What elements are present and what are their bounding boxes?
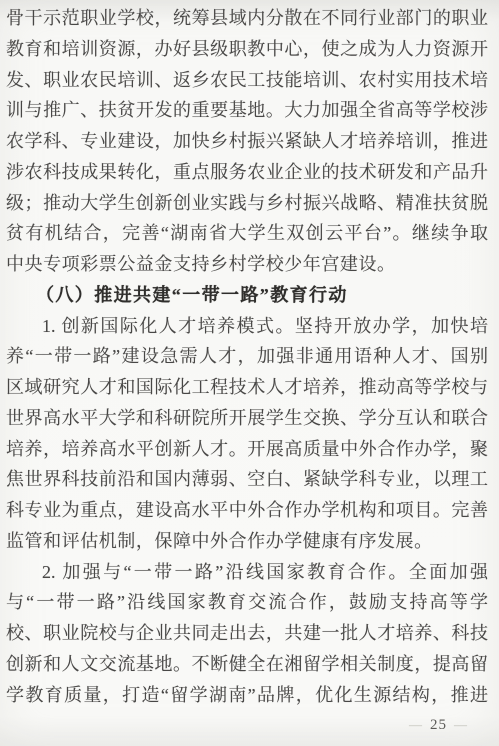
- page-footer: —25—: [402, 714, 475, 736]
- text-line: 训与推广、扶贫开发的重要基地。大力加强全省高等学校涉: [6, 95, 488, 126]
- text-line: 发、职业农民培训、返乡农民工技能培训、农村实用技术培: [6, 65, 488, 96]
- text-line: 教育和培训资源，办好县级职教中心，使之成为人力资源开: [6, 34, 488, 65]
- text-line: 级；推动大学生创新创业实践与乡村振兴战略、精准扶贫脱: [6, 188, 488, 219]
- text-line: 涉农科技成果转化，重点服务农业企业的技术研发和产品升: [6, 157, 488, 188]
- text-line: 科专业为重点，建设高水平中外合作办学机构和项目。完善: [6, 495, 488, 526]
- scanned-document-page: 骨干示范职业学校，统筹县域内分散在不同行业部门的职业 教育和培训资源，办好县级职…: [0, 0, 499, 746]
- text-line: 焦世界科技前沿和国内薄弱、空白、紧缺学科专业，以理工: [6, 464, 488, 495]
- text-line: 学教育质量，打造“留学湖南”品牌，优化生源结构，推进: [6, 680, 488, 711]
- section-heading: （八）推进共建“一带一路”教育行动: [6, 280, 488, 311]
- page-number-dash-right: —: [454, 717, 468, 732]
- text-line: 贫有机结合，完善“湖南省大学生双创云平台”。继续争取: [6, 218, 488, 249]
- text-line: 世界高水平大学和科研院所开展学生交换、学分互认和联合: [6, 403, 488, 434]
- text-line: 农学科、专业建设，加快乡村振兴紧缺人才培养培训，推进: [6, 126, 488, 157]
- page-number-dash-left: —: [409, 717, 423, 732]
- text-line: 养“一带一路”建设急需人才，加强非通用语种人才、国别: [6, 341, 488, 372]
- text-line: 区域研究人才和国际化工程技术人才培养，推动高等学校与: [6, 372, 488, 403]
- text-line: 校、职业院校与企业共同走出去，共建一批人才培养、科技: [6, 618, 488, 649]
- text-line: 培养，培养高水平创新人才。开展高质量中外合作办学，聚: [6, 434, 488, 465]
- paragraph-end-line: 监管和评估机制，保障中外合作办学健康有序发展。: [6, 526, 488, 557]
- text-line: 骨干示范职业学校，统筹县域内分散在不同行业部门的职业: [6, 3, 488, 34]
- page-number: 25: [430, 717, 447, 733]
- paragraph-end-line: 中央专项彩票公益金支持乡村学校少年宫建设。: [6, 249, 488, 280]
- text-line: 与“一带一路”沿线国家教育交流合作，鼓励支持高等学: [6, 587, 488, 618]
- text-line: 创新和人文交流基地。不断健全在湘留学相关制度，提高留: [6, 649, 488, 680]
- paragraph-first-line: 1. 创新国际化人才培养模式。坚持开放办学，加快培: [6, 311, 488, 342]
- paragraph-first-line: 2. 加强与“一带一路”沿线国家教育合作。全面加强: [6, 557, 488, 588]
- document-text-block: 骨干示范职业学校，统筹县域内分散在不同行业部门的职业 教育和培训资源，办好县级职…: [6, 3, 488, 710]
